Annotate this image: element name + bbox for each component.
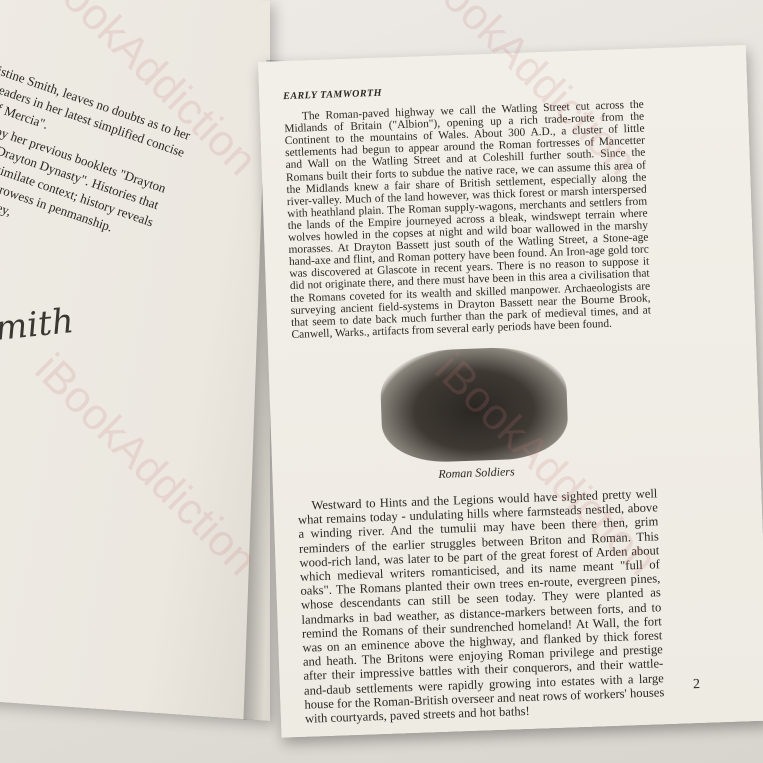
right-page-content: EARLY TAMWORTH The Roman-paved highway w… [283,79,665,726]
roman-soldiers-illustration [379,345,569,463]
body-paragraph-1: The Roman-paved highway we call the Watl… [284,99,652,341]
page-number: 2 [693,677,701,693]
handwritten-signature: mith [0,301,76,349]
figure-caption: Roman Soldiers [296,460,656,485]
body-paragraph-2: Westward to Hints and the Legions would … [297,486,665,726]
right-page: EARLY TAMWORTH The Roman-paved highway w… [258,45,763,738]
